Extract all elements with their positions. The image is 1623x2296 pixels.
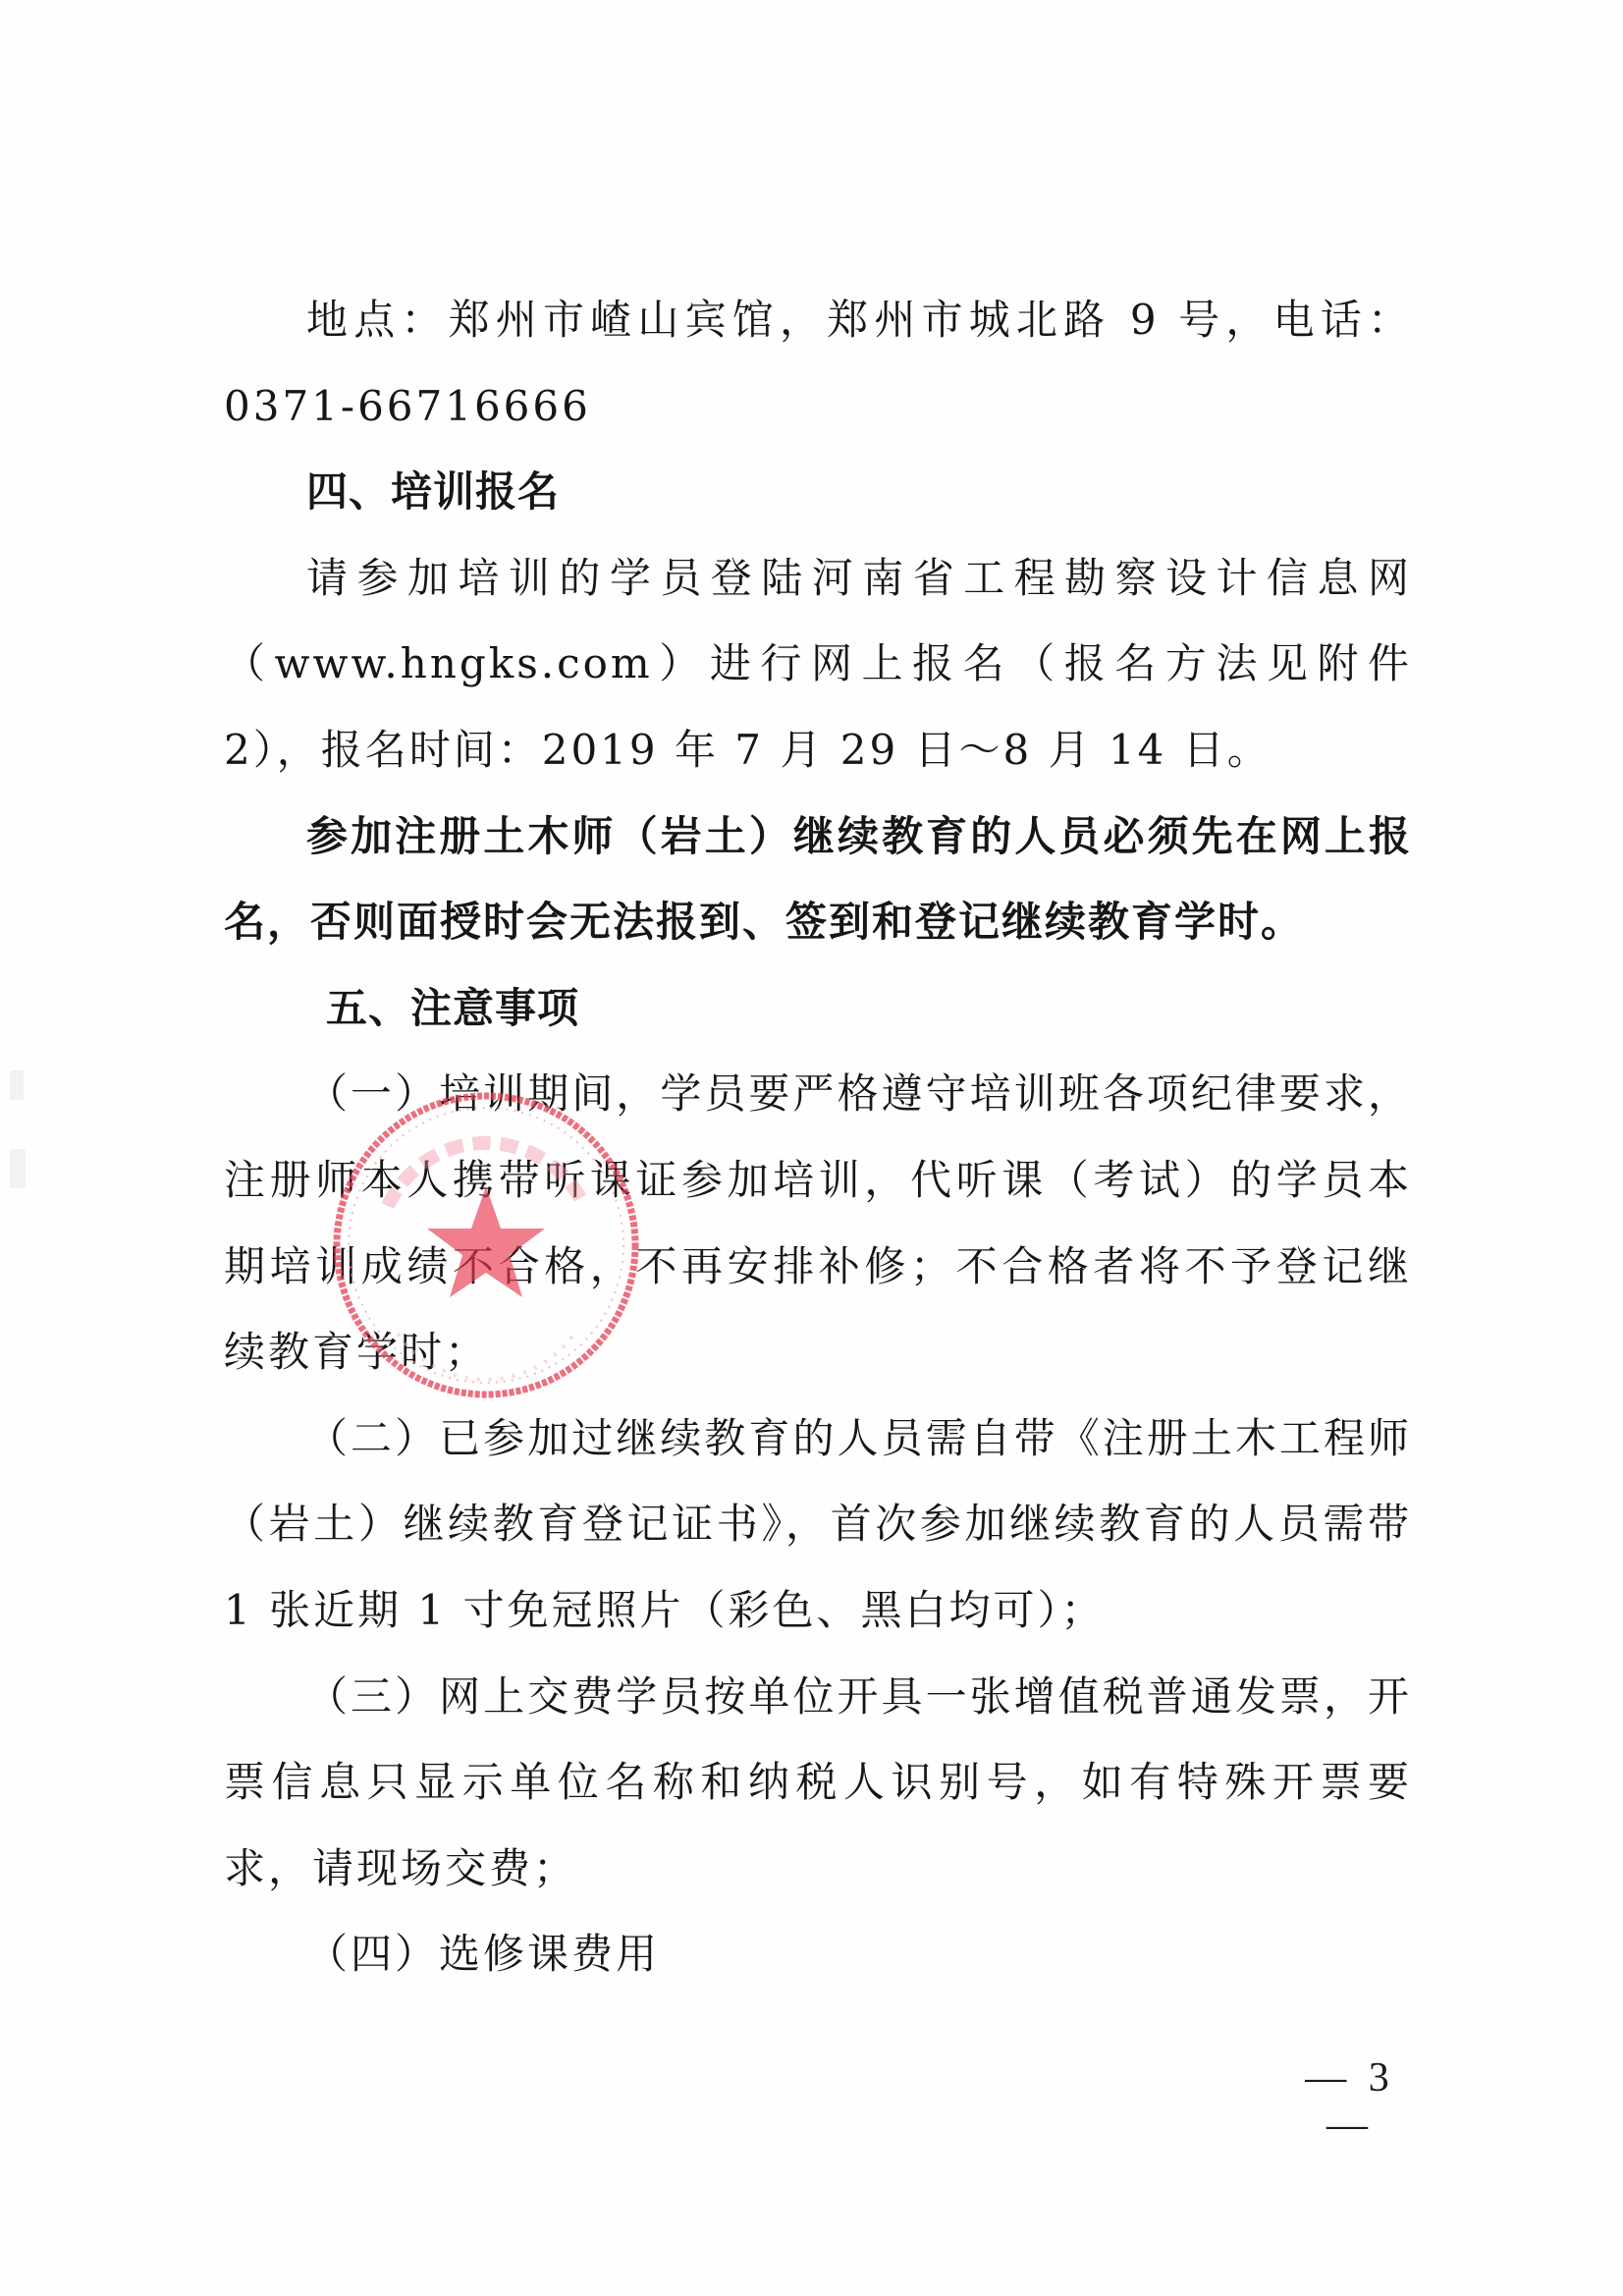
paragraph-note-4: （四）选修课费用 — [224, 1911, 1412, 1997]
paragraph-registration-warning: 参加注册土木师（岩土）继续教育的人员必须先在网上报名，否则面授时会无法报到、签到… — [224, 793, 1412, 965]
document-body: 地点：郑州市嵖山宾馆，郑州市城北路 9 号，电话：0371-66716666 四… — [224, 277, 1412, 1997]
heading-registration: 四、培训报名 — [224, 449, 1412, 535]
paragraph-note-3: （三）网上交费学员按单位开具一张增值税普通发票，开票信息只显示单位名称和纳税人识… — [224, 1654, 1412, 1912]
scan-artifact — [10, 1149, 26, 1188]
paragraph-location: 地点：郑州市嵖山宾馆，郑州市城北路 9 号，电话：0371-66716666 — [224, 277, 1412, 449]
heading-notes: 五、注意事项 — [224, 965, 1412, 1052]
page-number: — 3 — — [1276, 2054, 1424, 2149]
paragraph-registration: 请参加培训的学员登陆河南省工程勘察设计信息网（www.hngks.com）进行网… — [224, 535, 1412, 793]
scan-artifact — [10, 1070, 24, 1100]
paragraph-note-1: （一）培训期间，学员要严格遵守培训班各项纪律要求，注册师本人携带听课证参加培训，… — [224, 1051, 1412, 1394]
document-page: 地点：郑州市嵖山宾馆，郑州市城北路 9 号，电话：0371-66716666 四… — [0, 0, 1623, 2296]
paragraph-note-2: （二）已参加过继续教育的人员需自带《注册土木工程师（岩土）继续教育登记证书》，首… — [224, 1395, 1412, 1654]
